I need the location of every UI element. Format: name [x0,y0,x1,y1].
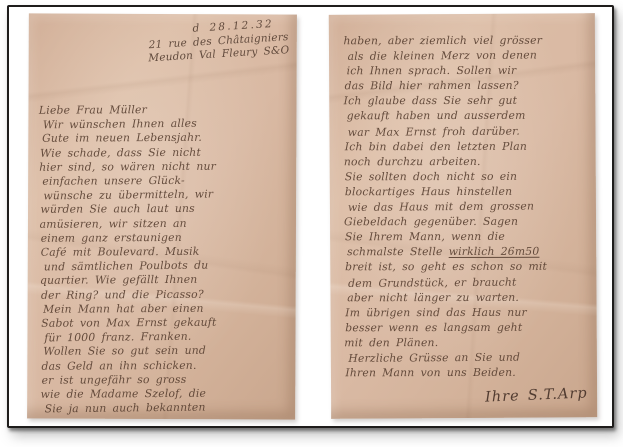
handwriting-line: Ich bin dabei den letzten Plan [345,138,589,154]
handwriting-line: besser wenn es langsam geht [345,319,589,335]
signature: Ihre S.T.Arp [485,385,588,405]
handwriting-line: Wie schade, dass Sie nicht [40,145,288,161]
handwriting-line: würden Sie auch laut uns [40,202,288,218]
handwriting-line: Ihren Mann von uns Beiden. [345,365,589,381]
handwriting-line: Herzliche Grüsse an Sie und [348,349,592,366]
handwriting-line: schmalste Stelle wirklich 26m50 [347,244,591,260]
handwriting-line: noch durchzu arbeiten. [344,153,588,169]
handwriting-line: er ist ungefähr so gross [42,372,290,388]
handwriting-line: der Ring? und die Picasso? [41,287,289,303]
handwriting-line: als die kleinen Merz von denen [347,47,591,64]
handwriting-line: das Geld an ihn schicken. [41,358,289,374]
handwriting-line: Sie ja nun auch bekannten [45,400,293,417]
handwriting-line: Wollen Sie so gut sein und [43,344,291,360]
handwriting-line: haben, aber ziemlich viel grösser [343,33,587,49]
handwriting-line: Ich glaube dass Sie sehr gut [344,93,588,109]
page1-header: d 28.12.32 21 rue des Châtaigniers Meudo… [83,17,290,69]
handwriting-line: Sie Ihrem Mann, wenn die [345,229,589,245]
letter-page-2: haben, aber ziemlich viel grösserals die… [329,13,597,419]
handwriting-line: Im übrigen sind das Haus nur [345,304,589,320]
handwriting-line: das Bild hier rahmen lassen? [345,78,589,94]
handwriting-line: wie das Haus mit dem grossen [348,198,592,215]
handwriting-line: Sie sollten doch nicht so ein [345,169,589,185]
page1-body-text: Liebe Frau MüllerWir wünschen Ihnen alle… [40,102,290,416]
page2-body-text: haben, aber ziemlich viel grösserals die… [344,33,589,381]
handwriting-line: dem Grundstück, er braucht [348,274,592,291]
handwriting-line: blockartiges Haus hinstellen [345,184,589,200]
handwriting-line: amüsieren, wir sitzen an [40,216,288,232]
handwriting-line: breit ist, so geht es schon so mit [345,259,589,275]
handwriting-line: einem ganz erstaunigen [41,230,289,246]
handwriting-line: hier sind, so wären nicht nur [39,159,287,175]
letter-photo: d 28.12.32 21 rue des Châtaigniers Meudo… [0,0,623,447]
handwriting-line: mit den Plänen. [344,335,588,351]
handwriting-line: ich Ihnen sprach. Sollen wir [347,63,591,79]
handwriting-line: gekauft haben und ausserdem [347,108,591,124]
handwriting-line: Gute im neuen Lebensjahr. [42,131,290,147]
handwriting-line: Giebeldach gegenüber. Sagen [344,214,588,230]
handwriting-line: Mein Mann hat aber einen [43,301,291,317]
handwriting-line: aber nicht länger zu warten. [347,289,591,305]
handwriting-line: quartier. Wie gefällt Ihnen [40,273,288,289]
handwriting-line: war Max Ernst froh darüber. [348,123,592,140]
photo-frame: d 28.12.32 21 rue des Châtaigniers Meudo… [7,5,614,428]
letter-page-1: d 28.12.32 21 rue des Châtaigniers Meudo… [27,13,297,419]
